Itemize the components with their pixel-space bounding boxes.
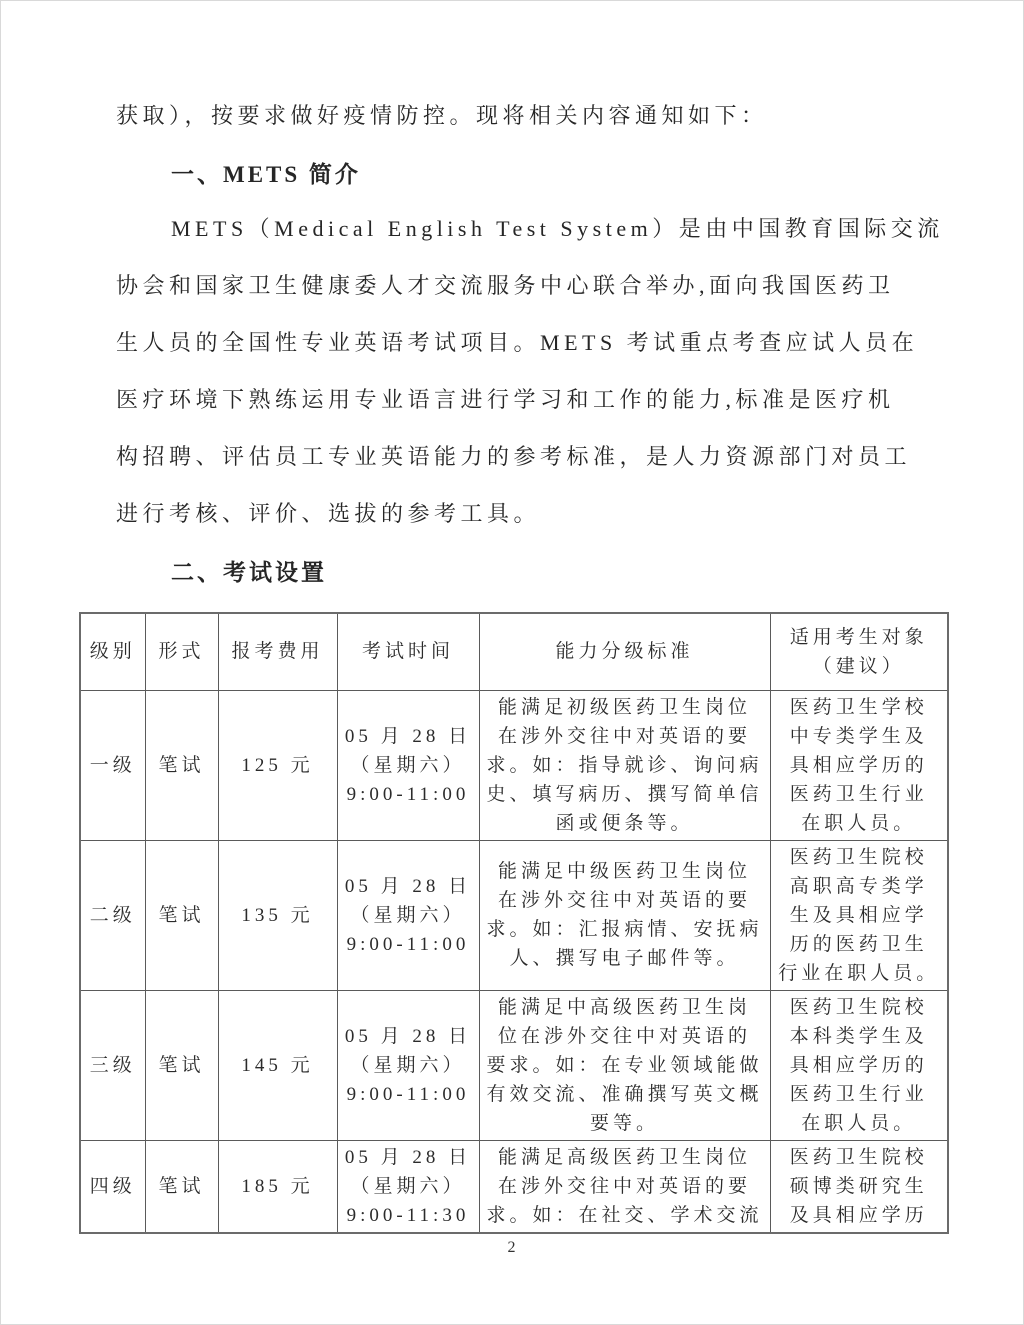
intro-continuation-line: 获取），按要求做好疫情防控。现将相关内容通知如下： (116, 87, 1023, 144)
cell-form: 笔试 (145, 690, 218, 840)
header-fee: 报考费用 (218, 613, 337, 690)
section-heading-mets-intro: 一、METS 简介 (171, 158, 1023, 192)
cell-audience: 医药卫生院校 硕博类研究生 及具相应学历 (770, 1140, 948, 1233)
paragraph-line: METS（Medical English Test System）是由中国教育国… (116, 200, 1023, 257)
cell-audience: 医药卫生院校 本科类学生及 具相应学历的 医药卫生行业 在职人员。 (770, 990, 948, 1140)
cell-fee: 145 元 (218, 990, 337, 1140)
cell-form: 笔试 (145, 990, 218, 1140)
header-form: 形式 (145, 613, 218, 690)
cell-fee: 135 元 (218, 840, 337, 990)
page-number: 2 (1, 1239, 1023, 1257)
table-row-level2: 二级 笔试 135 元 05 月 28 日 （星期六） 9:00-11:00 能… (80, 840, 948, 990)
exam-settings-table: 级别 形式 报考费用 考试时间 能力分级标准 适用考生对象 （建议） 一级 笔试… (79, 612, 949, 1234)
cell-time: 05 月 28 日 （星期六） 9:00-11:00 (337, 840, 479, 990)
paragraph-line: 构招聘、评估员工专业英语能力的参考标准，是人力资源部门对员工 (116, 428, 1023, 485)
cell-standard: 能满足初级医药卫生岗位 在涉外交往中对英语的要 求。如：指导就诊、询问病 史、填… (479, 690, 770, 840)
cell-time: 05 月 28 日 （星期六） 9:00-11:00 (337, 990, 479, 1140)
cell-standard: 能满足中级医药卫生岗位 在涉外交往中对英语的要 求。如：汇报病情、安抚病 人、撰… (479, 840, 770, 990)
cell-audience: 医药卫生院校 高职高专类学 生及具相应学 历的医药卫生 行业在职人员。 (770, 840, 948, 990)
cell-time: 05 月 28 日 （星期六） 9:00-11:30 (337, 1140, 479, 1233)
header-level: 级别 (80, 613, 145, 690)
header-standard: 能力分级标准 (479, 613, 770, 690)
paragraph-line: 医疗环境下熟练运用专业语言进行学习和工作的能力,标准是医疗机 (116, 371, 1023, 428)
cell-level: 四级 (80, 1140, 145, 1233)
cell-audience: 医药卫生学校 中专类学生及 具相应学历的 医药卫生行业 在职人员。 (770, 690, 948, 840)
cell-form: 笔试 (145, 840, 218, 990)
header-audience: 适用考生对象 （建议） (770, 613, 948, 690)
cell-standard: 能满足高级医药卫生岗位 在涉外交往中对英语的要 求。如：在社交、学术交流 (479, 1140, 770, 1233)
paragraph-line: 生人员的全国性专业英语考试项目。METS 考试重点考查应试人员在 (116, 314, 1023, 371)
table-row-level1: 一级 笔试 125 元 05 月 28 日 （星期六） 9:00-11:00 能… (80, 690, 948, 840)
table-row-level3: 三级 笔试 145 元 05 月 28 日 （星期六） 9:00-11:00 能… (80, 990, 948, 1140)
paragraph-line: 协会和国家卫生健康委人才交流服务中心联合举办,面向我国医药卫 (116, 257, 1023, 314)
cell-fee: 185 元 (218, 1140, 337, 1233)
table-row-level4: 四级 笔试 185 元 05 月 28 日 （星期六） 9:00-11:30 能… (80, 1140, 948, 1233)
cell-level: 二级 (80, 840, 145, 990)
cell-level: 三级 (80, 990, 145, 1140)
section-heading-exam-setup: 二、考试设置 (171, 556, 1023, 590)
document-page: 获取），按要求做好疫情防控。现将相关内容通知如下： 一、METS 简介 METS… (0, 0, 1024, 1325)
cell-fee: 125 元 (218, 690, 337, 840)
header-time: 考试时间 (337, 613, 479, 690)
cell-level: 一级 (80, 690, 145, 840)
table-header-row: 级别 形式 报考费用 考试时间 能力分级标准 适用考生对象 （建议） (80, 613, 948, 690)
cell-standard: 能满足中高级医药卫生岗 位在涉外交往中对英语的 要求。如：在专业领域能做 有效交… (479, 990, 770, 1140)
cell-time: 05 月 28 日 （星期六） 9:00-11:00 (337, 690, 479, 840)
cell-form: 笔试 (145, 1140, 218, 1233)
paragraph-line: 进行考核、评价、选拔的参考工具。 (116, 485, 1023, 542)
document-body: 获取），按要求做好疫情防控。现将相关内容通知如下： 一、METS 简介 METS… (1, 1, 1023, 590)
